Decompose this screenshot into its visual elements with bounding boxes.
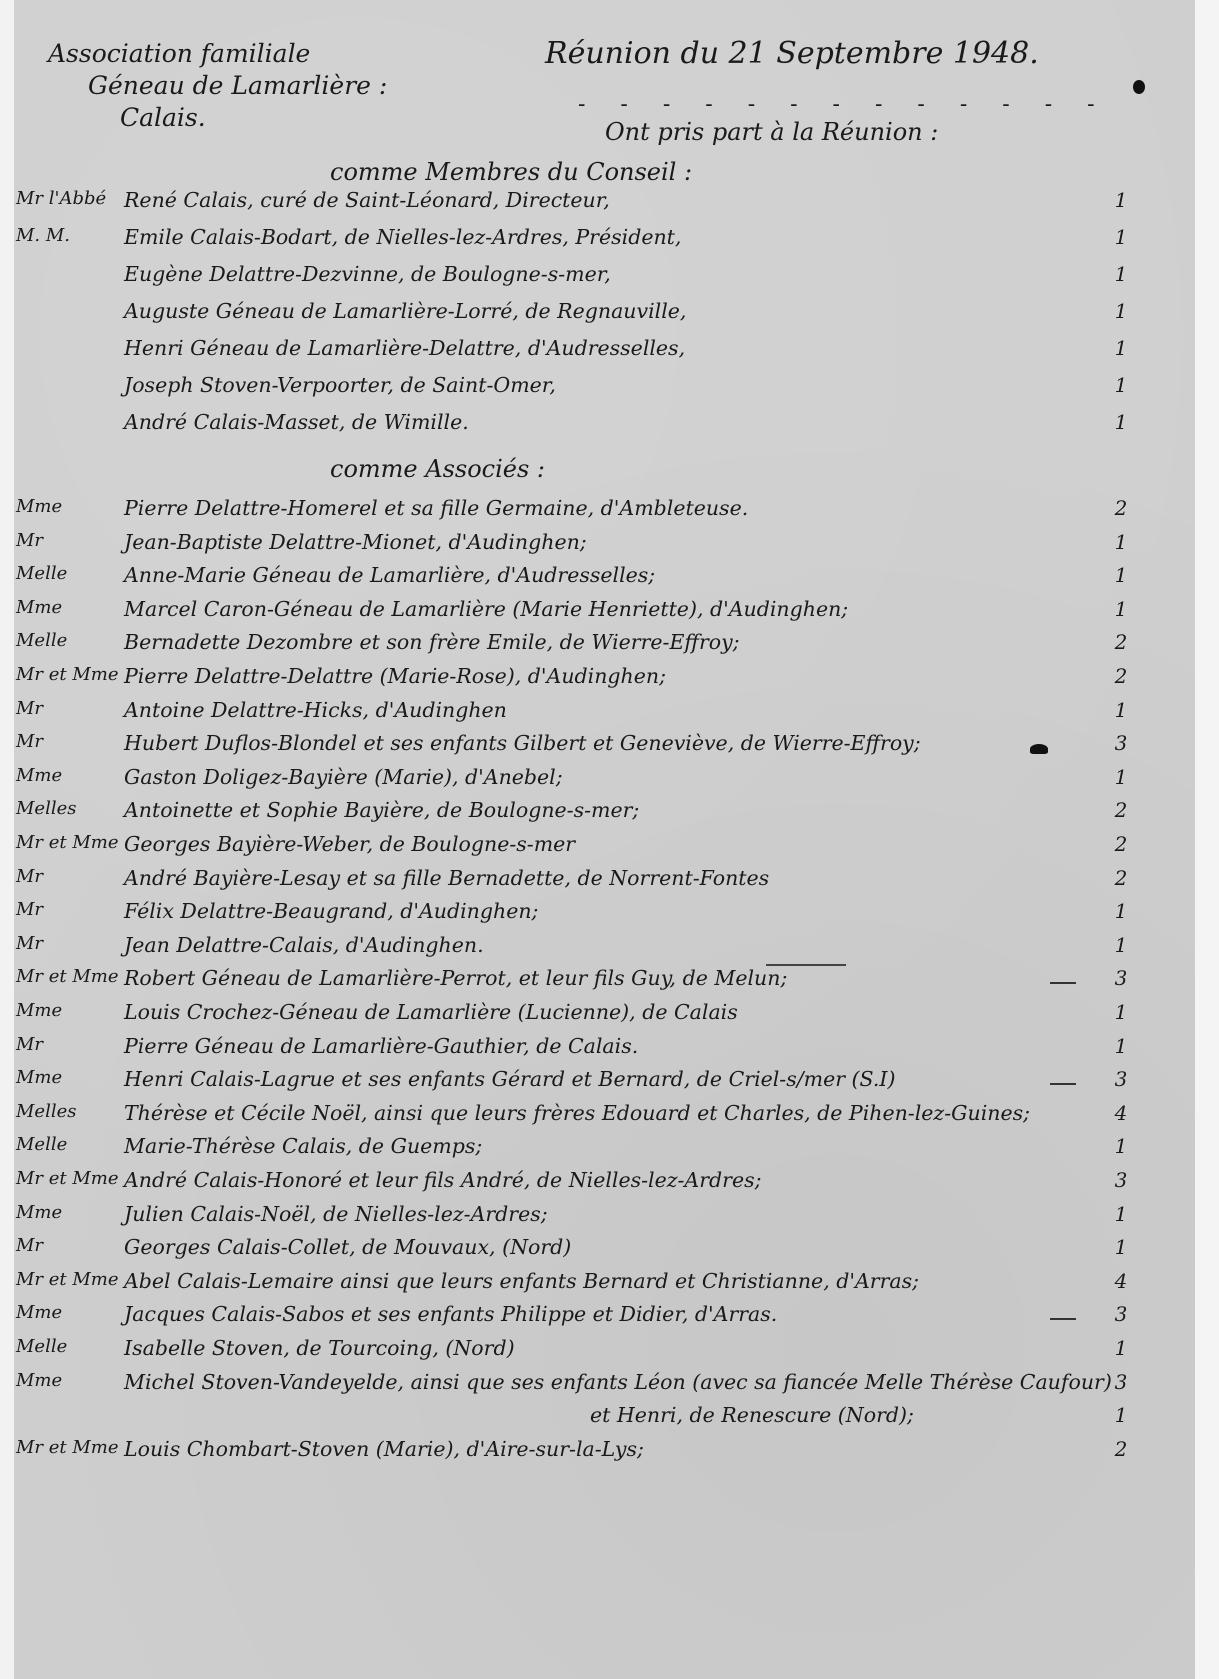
attendee-name: Thérèse et Cécile Noël, ainsi que leurs … [124,1101,1030,1125]
margin-dash-mark [1050,1318,1076,1320]
attendee-name: Pierre Géneau de Lamarlière-Gauthier, de… [124,1034,638,1058]
attendee-name: Jean-Baptiste Delattre-Mionet, d'Audingh… [124,530,587,554]
attendee-name: Joseph Stoven-Verpoorter, de Saint-Omer, [124,373,556,397]
attendee-row: Auguste Géneau de Lamarlière-Lorré, de R… [0,299,1195,333]
attendee-row: Mr et MmeAbel Calais-Lemaire ainsi que l… [0,1269,1195,1303]
attendee-row: MrJean-Baptiste Delattre-Mionet, d'Audin… [0,530,1195,564]
attendee-row: MmePierre Delattre-Homerel et sa fille G… [0,496,1195,530]
attendee-row: MelleBernadette Dezombre et son frère Em… [0,630,1195,664]
attendee-name: Antoinette et Sophie Bayière, de Boulogn… [124,798,639,822]
attendee-row: MrFélix Delattre-Beaugrand, d'Audinghen;… [0,899,1195,933]
attendee-count: 1 [1110,1134,1132,1158]
attendee-row: MmeHenri Calais-Lagrue et ses enfants Gé… [0,1067,1195,1101]
attendee-row: MellesThérèse et Cécile Noël, ainsi que … [0,1101,1195,1135]
attendee-title: Mr et Mme [16,1168,119,1189]
separator-rule [766,964,846,966]
attendee-count: 3 [1110,1302,1132,1326]
attendee-row: Mr et MmeRobert Géneau de Lamarlière-Per… [0,966,1195,1000]
attendee-title: Mr [16,933,43,954]
attendee-row: Mr l'AbbéRené Calais, curé de Saint-Léon… [0,188,1195,222]
attendee-row: MelleAnne-Marie Géneau de Lamarlière, d'… [0,563,1195,597]
attendee-row: MmeJacques Calais-Sabos et ses enfants P… [0,1302,1195,1336]
attendee-title: Melles [16,798,77,819]
attendee-title: Mr [16,1235,43,1256]
attendee-row: MmeMichel Stoven-Vandeyelde, ainsi que s… [0,1370,1195,1404]
association-name: Association familiale [48,38,387,70]
association-header: Association familiale Géneau de Lamarliè… [48,38,387,134]
attendee-count: 1 [1110,1000,1132,1024]
attendee-title: Mme [16,597,62,618]
attendee-count: 1 [1110,899,1132,923]
attendee-name: Isabelle Stoven, de Tourcoing, (Nord) [124,1336,515,1360]
attendee-count: 1 [1110,336,1132,360]
margin-dash-mark [1050,1083,1076,1085]
attendee-row: MrHubert Duflos-Blondel et ses enfants G… [0,731,1195,765]
association-family: Géneau de Lamarlière : [48,70,387,102]
attendee-name: Jean Delattre-Calais, d'Audinghen. [124,933,484,957]
attendee-name: Pierre Delattre-Homerel et sa fille Germ… [124,496,748,520]
attendee-row: MmeGaston Doligez-Bayière (Marie), d'Ane… [0,765,1195,799]
attendee-name: Hubert Duflos-Blondel et ses enfants Gil… [124,731,921,755]
attendee-row: MmeLouis Crochez-Géneau de Lamarlière (L… [0,1000,1195,1034]
attendee-count: 3 [1110,1370,1132,1394]
attendee-name: André Calais-Honoré et leur fils André, … [124,1168,762,1192]
attendee-title: Mr et Mme [16,1269,119,1290]
attendee-row: MrGeorges Calais-Collet, de Mouvaux, (No… [0,1235,1195,1269]
attendee-row: Henri Géneau de Lamarlière-Delattre, d'A… [0,336,1195,370]
attendee-count: 4 [1110,1269,1132,1293]
scan-edge-right [1195,0,1219,1679]
attendee-count: 2 [1110,866,1132,890]
attendee-name: Emile Calais-Bodart, de Nielles-lez-Ardr… [124,225,681,249]
attendee-count: 1 [1110,1403,1132,1427]
attendee-title: Mme [16,765,62,786]
attendee-count: 1 [1110,262,1132,286]
attendee-count: 1 [1110,933,1132,957]
attendee-title: Mr [16,530,43,551]
attendee-row: MrPierre Géneau de Lamarlière-Gauthier, … [0,1034,1195,1068]
attendee-count: 1 [1110,597,1132,621]
ink-blot [1030,744,1048,754]
attendee-title: M. M. [16,225,70,246]
attendance-subtitle: Ont pris part à la Réunion : [605,118,938,146]
attendee-name: André Bayière-Lesay et sa fille Bernadet… [124,866,769,890]
attendee-count: 1 [1110,1202,1132,1226]
attendee-name: Georges Calais-Collet, de Mouvaux, (Nord… [124,1235,571,1259]
attendee-count: 2 [1110,630,1132,654]
attendee-title: Melle [16,563,67,584]
attendee-count: 1 [1110,1235,1132,1259]
attendee-row: Joseph Stoven-Verpoorter, de Saint-Omer,… [0,373,1195,407]
attendee-count: 2 [1110,798,1132,822]
attendee-title: Mr [16,731,43,752]
attendee-count: 1 [1110,765,1132,789]
attendee-count: 2 [1110,832,1132,856]
attendee-title: Mr et Mme [16,966,119,987]
attendee-title: Mr [16,899,43,920]
attendee-row: MrAntoine Delattre-Hicks, d'Audinghen1 [0,698,1195,732]
attendee-name: Georges Bayière-Weber, de Boulogne-s-mer [124,832,575,856]
attendee-name: Michel Stoven-Vandeyelde, ainsi que ses … [124,1370,1112,1394]
attendee-count: 1 [1110,410,1132,434]
attendee-name: Marie-Thérèse Calais, de Guemps; [124,1134,482,1158]
attendee-title: Mr [16,866,43,887]
ink-dot [1133,80,1145,94]
attendee-count: 3 [1110,731,1132,755]
meeting-title: Réunion du 21 Septembre 1948. [545,36,1039,71]
attendee-name: Henri Calais-Lagrue et ses enfants Gérar… [124,1067,895,1091]
attendee-name: Félix Delattre-Beaugrand, d'Audinghen; [124,899,538,923]
attendee-count: 3 [1110,966,1132,990]
attendee-count: 1 [1110,1034,1132,1058]
attendee-title: Mme [16,1370,62,1391]
attendee-row: M. M.Emile Calais-Bodart, de Nielles-lez… [0,225,1195,259]
council-heading: comme Membres du Conseil : [330,158,692,186]
attendee-count: 1 [1110,530,1132,554]
attendee-title: Melles [16,1101,77,1122]
attendee-name: Louis Crochez-Géneau de Lamarlière (Luci… [124,1000,738,1024]
attendee-row: Mr et MmeGeorges Bayière-Weber, de Boulo… [0,832,1195,866]
attendee-count: 1 [1110,299,1132,323]
attendee-count: 1 [1110,1336,1132,1360]
attendee-title: Melle [16,1336,67,1357]
attendee-row: MmeJulien Calais-Noël, de Nielles-lez-Ar… [0,1202,1195,1236]
attendee-row: Eugène Delattre-Dezvinne, de Boulogne-s-… [0,262,1195,296]
attendee-row: MrAndré Bayière-Lesay et sa fille Bernad… [0,866,1195,900]
attendee-title: Mr et Mme [16,832,119,853]
attendee-row: Mr et MmeLouis Chombart-Stoven (Marie), … [0,1437,1195,1471]
attendee-count: 2 [1110,1437,1132,1461]
attendee-name: Louis Chombart-Stoven (Marie), d'Aire-su… [124,1437,644,1461]
attendee-name: Julien Calais-Noël, de Nielles-lez-Ardre… [124,1202,548,1226]
attendee-name: Auguste Géneau de Lamarlière-Lorré, de R… [124,299,686,323]
attendee-count: 4 [1110,1101,1132,1125]
attendee-name: Marcel Caron-Géneau de Lamarlière (Marie… [124,597,848,621]
attendee-name: Robert Géneau de Lamarlière-Perrot, et l… [124,966,787,990]
attendee-title: Mme [16,1202,62,1223]
attendee-name: Abel Calais-Lemaire ainsi que leurs enfa… [124,1269,919,1293]
attendee-name: René Calais, curé de Saint-Léonard, Dire… [124,188,610,212]
attendee-count: 1 [1110,188,1132,212]
attendee-count: 3 [1110,1067,1132,1091]
associates-heading: comme Associés : [330,455,545,483]
attendee-name: Bernadette Dezombre et son frère Emile, … [124,630,740,654]
attendee-row: Mr et MmeAndré Calais-Honoré et leur fil… [0,1168,1195,1202]
document-page: Association familiale Géneau de Lamarliè… [0,0,1195,1679]
attendee-count: 1 [1110,373,1132,397]
attendee-title: Mr et Mme [16,664,119,685]
attendee-name: Pierre Delattre-Delattre (Marie-Rose), d… [124,664,666,688]
attendee-row: MellesAntoinette et Sophie Bayière, de B… [0,798,1195,832]
attendee-row: Mr et MmePierre Delattre-Delattre (Marie… [0,664,1195,698]
attendee-name: Henri Géneau de Lamarlière-Delattre, d'A… [124,336,685,360]
attendee-row: MmeMarcel Caron-Géneau de Lamarlière (Ma… [0,597,1195,631]
attendee-name: Gaston Doligez-Bayière (Marie), d'Anebel… [124,765,563,789]
attendee-title: Mme [16,1000,62,1021]
attendee-count: 1 [1110,698,1132,722]
attendee-row: MelleIsabelle Stoven, de Tourcoing, (Nor… [0,1336,1195,1370]
attendee-title: Mr l'Abbé [16,188,106,209]
attendee-count: 2 [1110,496,1132,520]
attendee-title: Mme [16,1067,62,1088]
attendee-name: André Calais-Masset, de Wimille. [124,410,469,434]
attendee-title: Mme [16,1302,62,1323]
attendee-title: Melle [16,1134,67,1155]
attendee-name: Anne-Marie Géneau de Lamarlière, d'Audre… [124,563,655,587]
attendee-count: 3 [1110,1168,1132,1192]
attendee-count: 2 [1110,664,1132,688]
attendee-row: MrJean Delattre-Calais, d'Audinghen.1 [0,933,1195,967]
attendee-title: Mme [16,496,62,517]
attendee-title: Mr et Mme [16,1437,119,1458]
attendee-count: 1 [1110,563,1132,587]
attendee-name: Jacques Calais-Sabos et ses enfants Phil… [124,1302,777,1326]
attendee-row: André Calais-Masset, de Wimille.1 [0,410,1195,444]
attendee-name: Eugène Delattre-Dezvinne, de Boulogne-s-… [124,262,611,286]
attendee-title: Melle [16,630,67,651]
attendee-title: Mr [16,698,43,719]
attendee-row: MelleMarie-Thérèse Calais, de Guemps;1 [0,1134,1195,1168]
attendee-row: et Henri, de Renescure (Nord);1 [0,1403,1195,1437]
association-city: Calais. [48,102,387,134]
attendee-name: et Henri, de Renescure (Nord); [590,1403,914,1427]
attendee-name: Antoine Delattre-Hicks, d'Audinghen [124,698,507,722]
title-underline-dashes: - - - - - - - - - - - - - [578,92,1109,117]
margin-dash-mark [1050,982,1076,984]
attendee-count: 1 [1110,225,1132,249]
attendee-title: Mr [16,1034,43,1055]
